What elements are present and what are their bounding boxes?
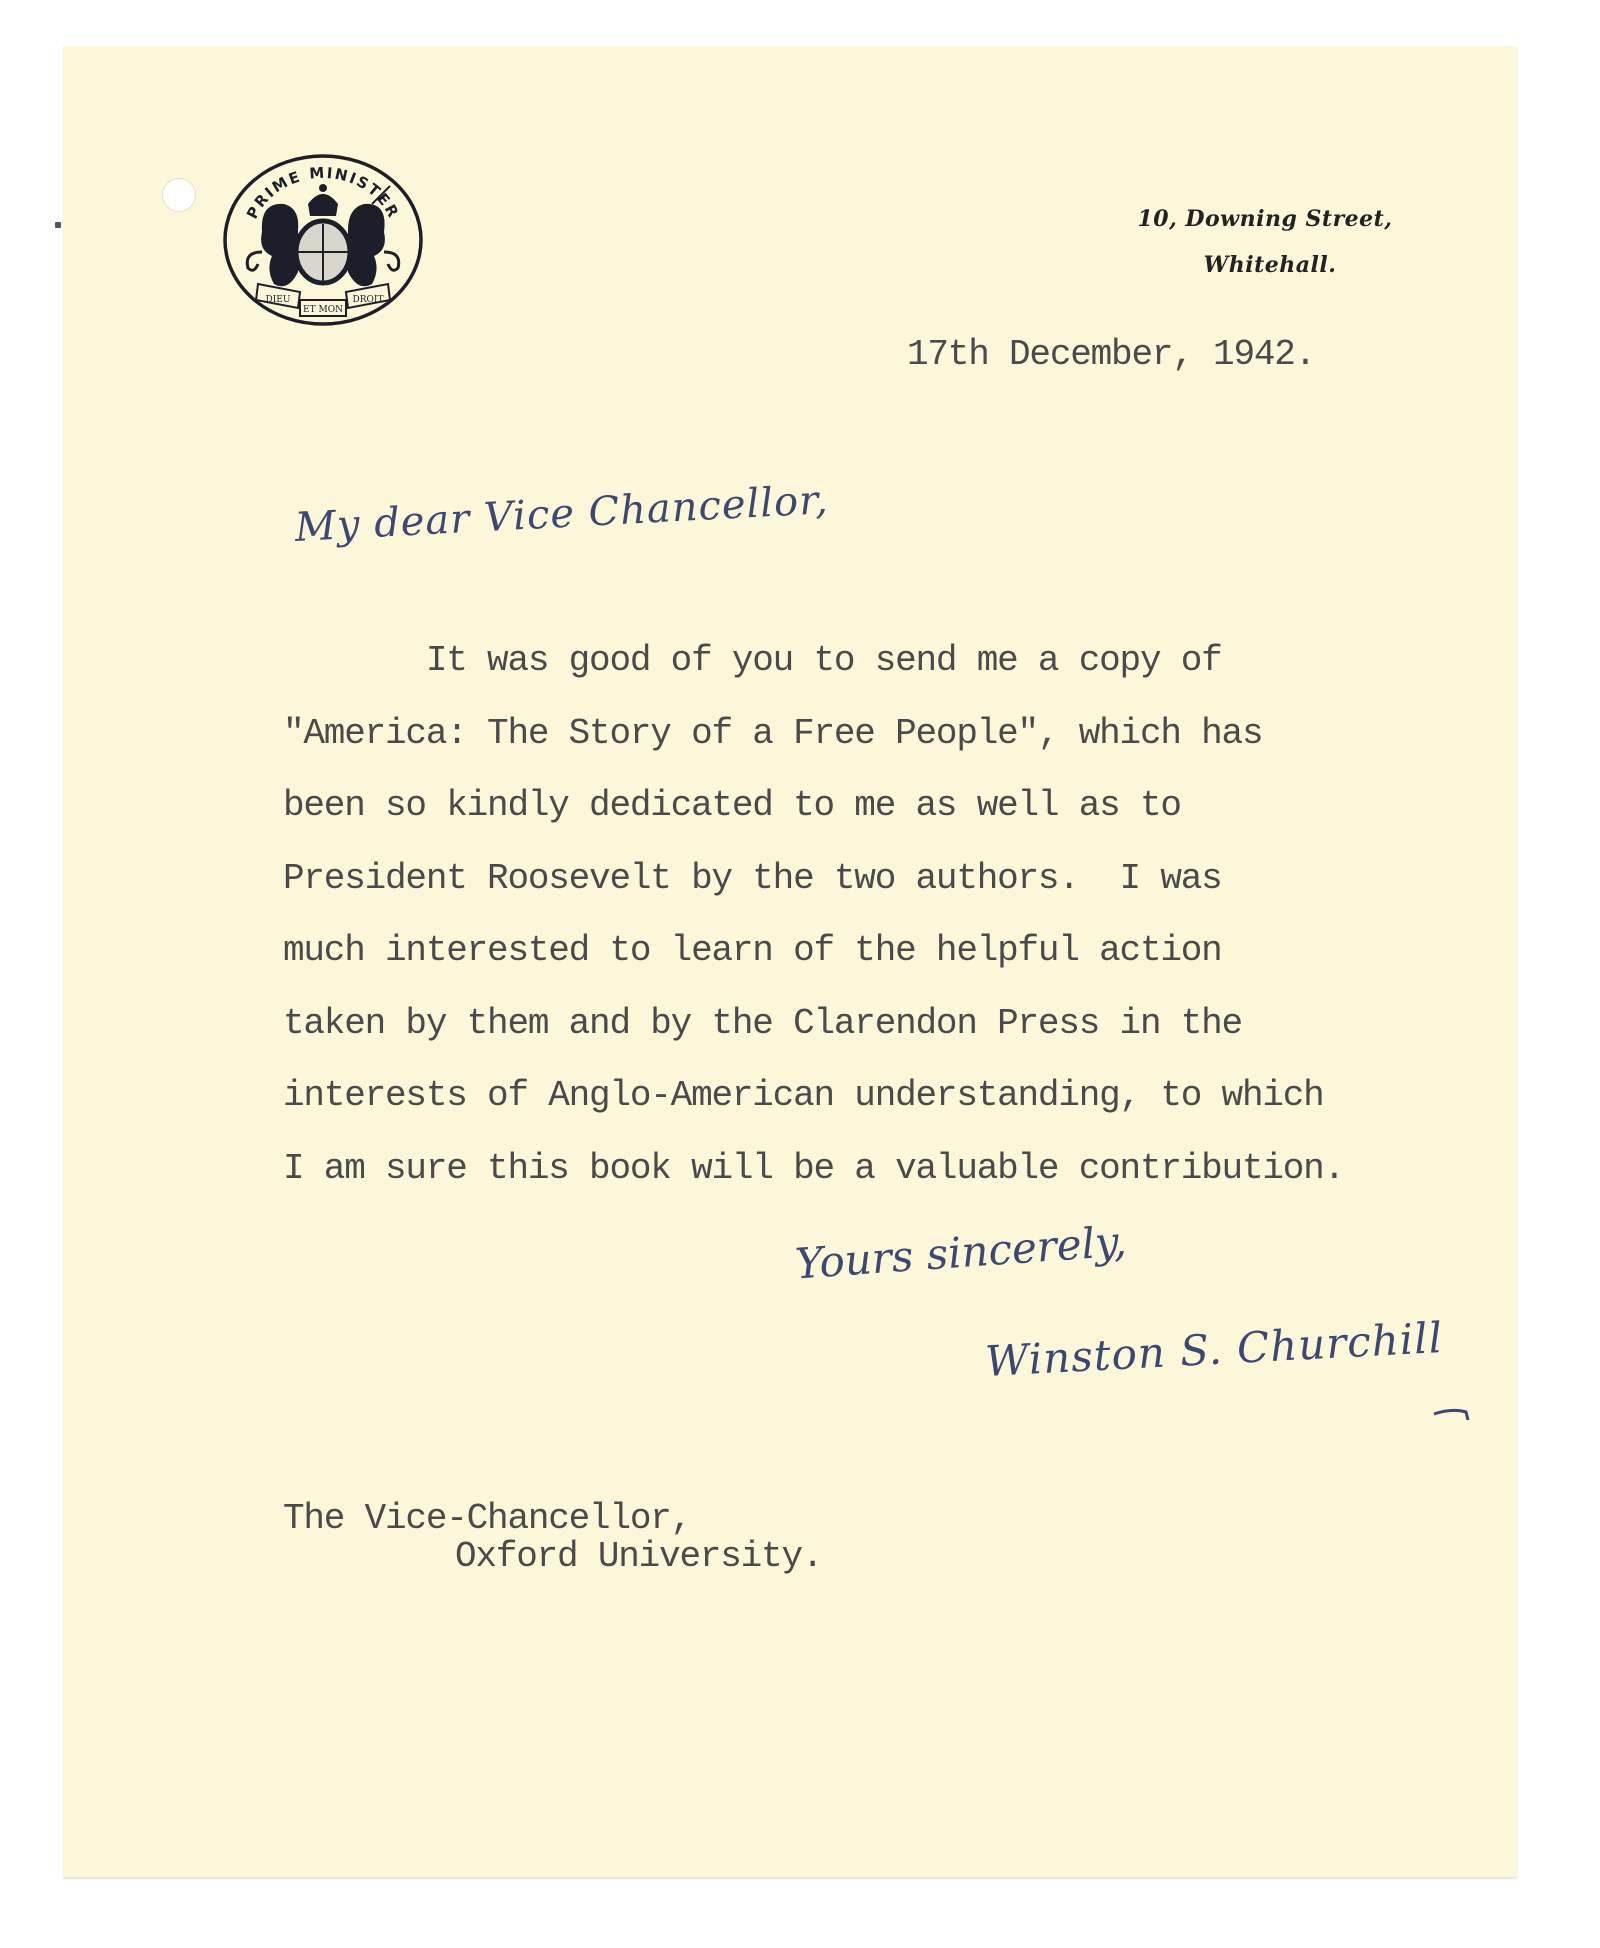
svg-text:DROIT: DROIT xyxy=(353,295,384,305)
svg-text:ET MON: ET MON xyxy=(303,305,343,315)
speck xyxy=(55,222,61,228)
body-line: It was good of you to send me a copy of xyxy=(283,625,1463,698)
letter-body: It was good of you to send me a copy of"… xyxy=(283,625,1463,1205)
body-line: "America: The Story of a Free People", w… xyxy=(283,698,1463,771)
prime-minister-crest-icon: PRIME MINISTER DIEU ET MON DROIT xyxy=(222,152,424,328)
addressee-block: The Vice-Chancellor,Oxford University. xyxy=(283,1500,822,1576)
punch-hole xyxy=(162,178,196,212)
addressee-institution: Oxford University. xyxy=(283,1538,822,1576)
letterhead-address: 10, Downing Street, Whitehall. xyxy=(1130,196,1410,288)
body-line: I am sure this book will be a valuable c… xyxy=(283,1133,1463,1206)
address-street: 10, Downing Street, xyxy=(1120,196,1410,242)
address-district: Whitehall. xyxy=(1130,242,1410,288)
svg-text:DIEU: DIEU xyxy=(266,295,291,305)
signature-flourish-icon xyxy=(1432,1408,1472,1422)
letter-date: 17th December, 1942. xyxy=(907,334,1315,375)
body-line: much interested to learn of the helpful … xyxy=(283,915,1463,988)
body-line: interests of Anglo-American understandin… xyxy=(283,1060,1463,1133)
addressee-title: The Vice-Chancellor, xyxy=(283,1500,822,1538)
body-line: President Roosevelt by the two authors. … xyxy=(283,843,1463,916)
body-line: been so kindly dedicated to me as well a… xyxy=(283,770,1463,843)
body-line: taken by them and by the Clarendon Press… xyxy=(283,988,1463,1061)
